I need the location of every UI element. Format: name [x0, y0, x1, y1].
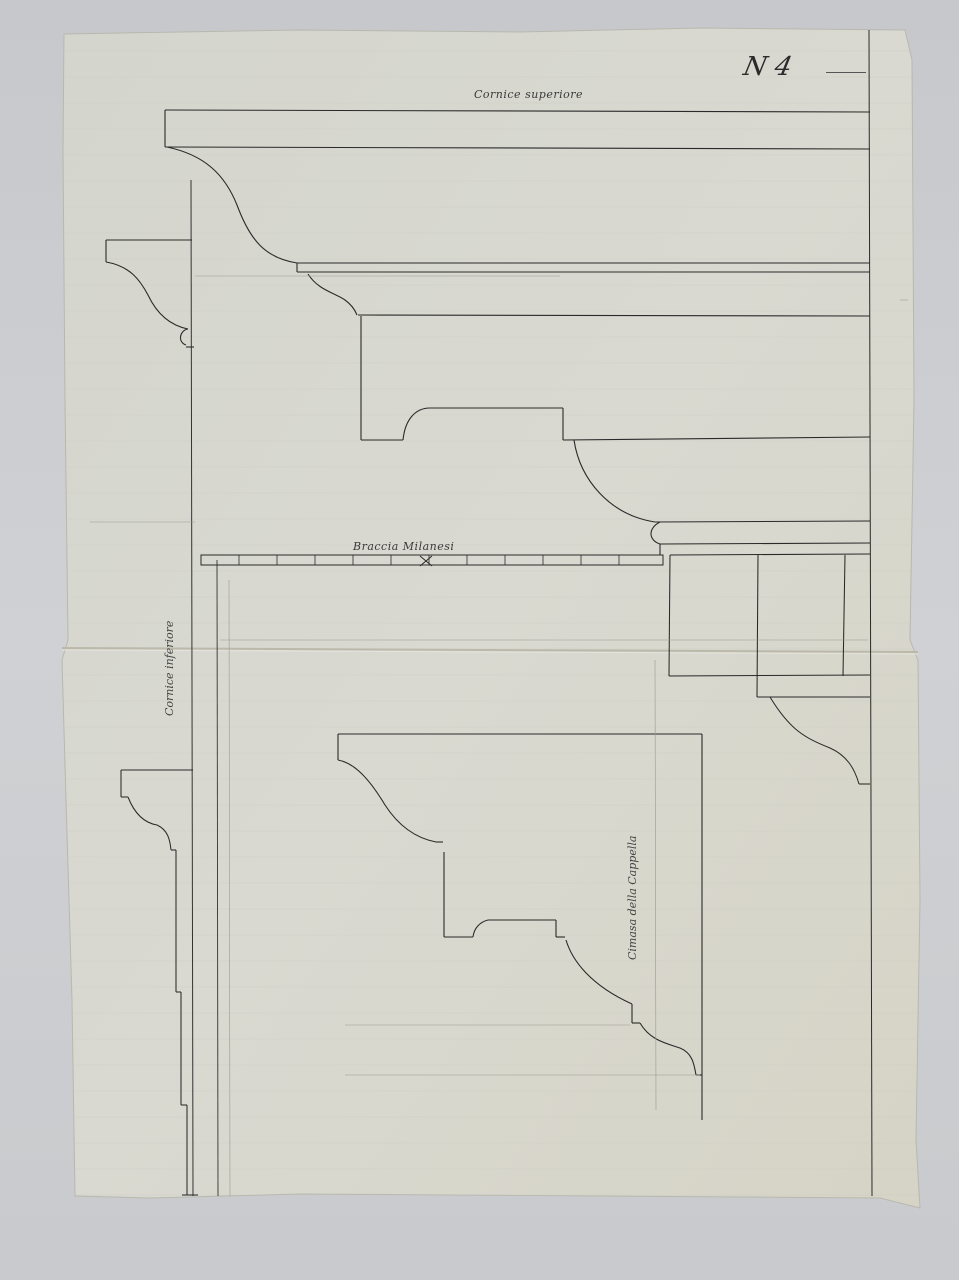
sheet-number: N 4: [741, 52, 795, 82]
drawing-sheet: N 4 Cornice superiore Braccia Milanesi C…: [0, 0, 959, 1280]
drawing-canvas: [0, 0, 959, 1280]
label-left-vertical: Cornice inferiore: [163, 621, 176, 716]
label-scale-bar: Braccia Milanesi: [353, 540, 454, 553]
sheet-number-dash: [826, 72, 866, 73]
label-top-cornice: Cornice superiore: [474, 88, 583, 101]
label-lower-vertical: Cimasa della Cappella: [626, 836, 639, 960]
